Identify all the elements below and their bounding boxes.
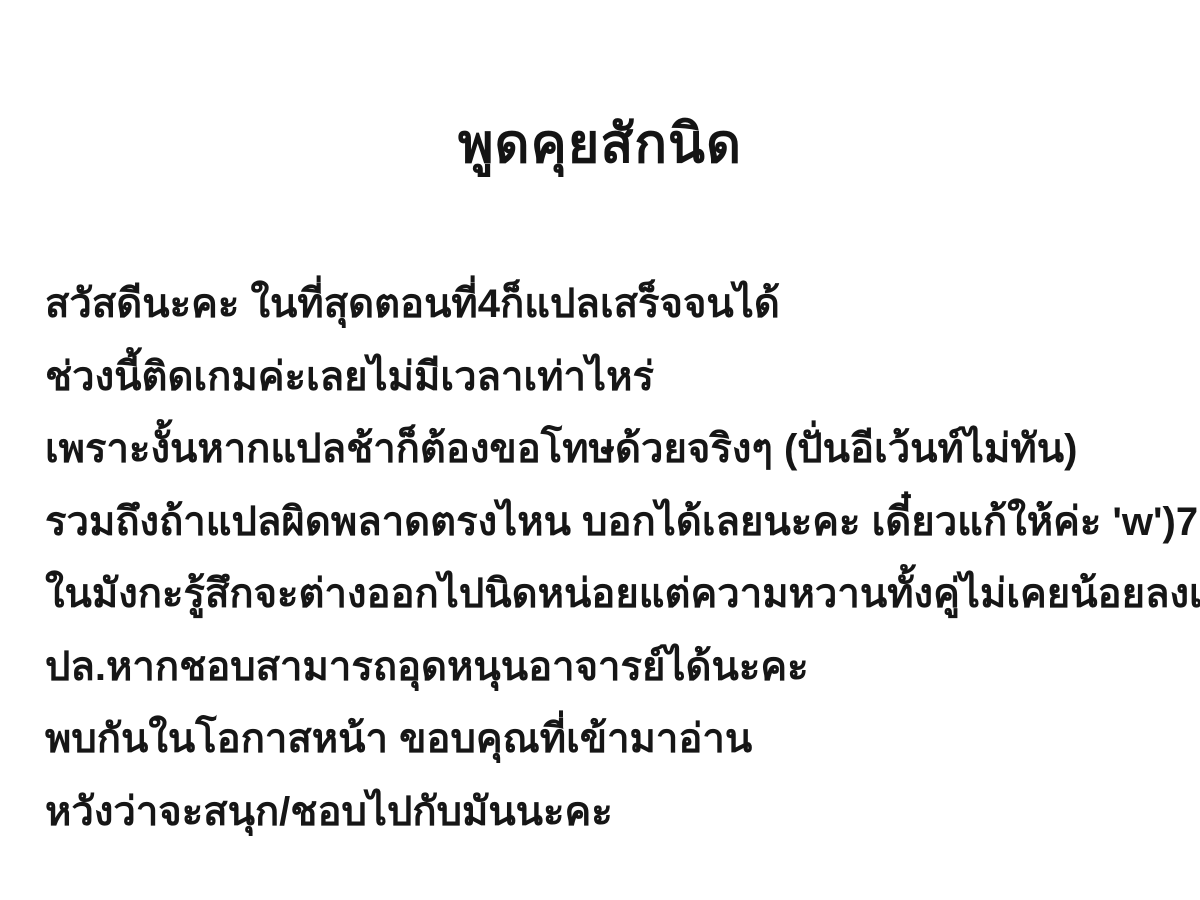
note-line: พบกันในโอกาสหน้า ขอบคุณที่เข้ามาอ่าน [45,703,1180,776]
note-line: ในมังกะรู้สึกจะต่างออกไปนิดหน่อยแต่ความห… [45,558,1180,631]
translator-note-page: พูดคุยสักนิด สวัสดีนะคะ ในที่สุดตอนที่4ก… [0,0,1200,900]
note-line: ปล.หากชอบสามารถอุดหนุนอาจารย์ได้นะคะ [45,631,1180,704]
note-line: สวัสดีนะคะ ในที่สุดตอนที่4ก็แปลเสร็จจนได… [45,268,1180,341]
note-line: เพราะงั้นหากแปลช้าก็ต้องขอโทษด้วยจริงๆ (… [45,413,1180,486]
note-body: สวัสดีนะคะ ในที่สุดตอนที่4ก็แปลเสร็จจนได… [45,268,1180,848]
note-line: รวมถึงถ้าแปลผิดพลาดตรงไหน บอกได้เลยนะคะ … [45,486,1180,559]
note-line: หวังว่าจะสนุก/ชอบไปกับมันนะคะ [45,776,1180,849]
page-title: พูดคุยสักนิด [0,100,1200,186]
note-line: ช่วงนี้ติดเกมค่ะเลยไม่มีเวลาเท่าไหร่ [45,341,1180,414]
